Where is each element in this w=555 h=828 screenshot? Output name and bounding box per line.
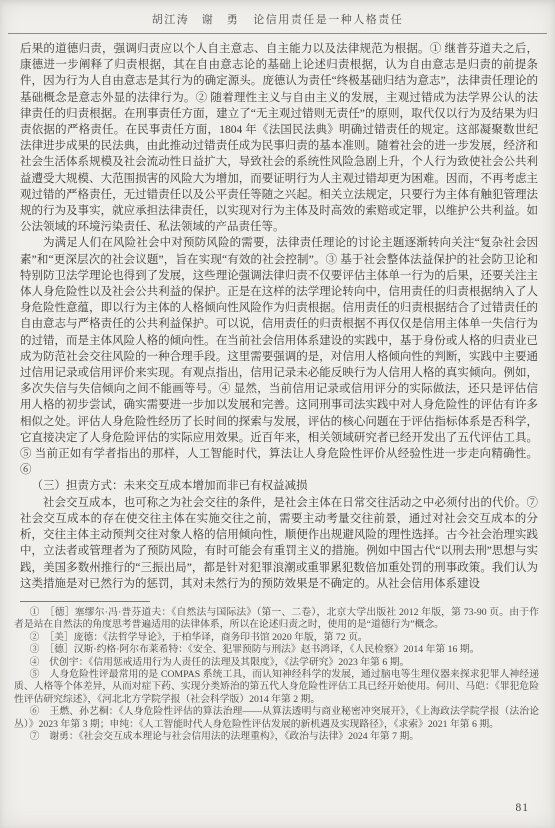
running-header: 胡江涛 谢 勇论信用责任是一种人格责任 (0, 0, 555, 27)
section-heading: （三）担责方式：未来交互成本增加而非已有权益减损 (20, 478, 538, 494)
footnote-7: ⑦ 谢勇：《社会交互成本理论与社会信用法的法理重构》，《政治与法律》2024 年… (14, 731, 539, 743)
article-body: 后果的道德归责，强调归责应以个人自主意志、自主能力以及法律规范为根据。① 继普芬… (0, 34, 555, 592)
body-paragraph-3: 社会交互成本，也可称之为社会交往的条件，是社会主体在日常交往活动之中必须付出的代… (20, 495, 538, 592)
footnote-3: ③ ［德］汉斯·约格·阿尔布莱希特：《安全、犯罪预防与刑法》赵书鸿译，《人民检察… (14, 644, 539, 656)
running-header-authors: 胡江涛 谢 勇 (152, 14, 240, 26)
page-number: 81 (516, 802, 530, 814)
footnote-4: ④ 伏创宇：《信用惩戒适用行为人责任的法理及其限度》，《法学研究》2023 年第… (14, 657, 539, 669)
running-header-title: 论信用责任是一种人格责任 (253, 14, 403, 26)
journal-page: 胡江涛 谢 勇论信用责任是一种人格责任 后果的道德归责，强调归责应以个人自主意志… (0, 0, 555, 828)
footnote-5: ⑤ 人身危险性评最常用的是 COMPAS 系统工具，而认知神经科学的发展，通过脑… (14, 669, 539, 706)
footnote-2: ② ［美］庞德：《法哲学导论》，于柏华译，商务印书馆 2020 年版，第 72 … (14, 632, 539, 644)
footnote-1: ① ［德］塞缪尔·冯·普芬道夫：《自然法与国际法》（第一、二卷），北京大学出版社… (14, 607, 539, 632)
footnote-separator (20, 601, 150, 602)
footnotes-block: ① ［德］塞缪尔·冯·普芬道夫：《自然法与国际法》（第一、二卷），北京大学出版社… (0, 607, 555, 743)
footnote-6: ⑥ 王燃、孙艺桐：《人身危险性评估的算法治理——从算法透明与商业秘密冲突展开》，… (14, 706, 539, 731)
body-paragraph-1: 后果的道德归责，强调归责应以个人自主意志、自主能力以及法律规范为根据。① 继普芬… (20, 41, 538, 235)
body-paragraph-2: 为满足人们在风险社会中对预防风险的需要，法律责任理论的讨论主题逐渐转向关注“复杂… (20, 235, 538, 478)
